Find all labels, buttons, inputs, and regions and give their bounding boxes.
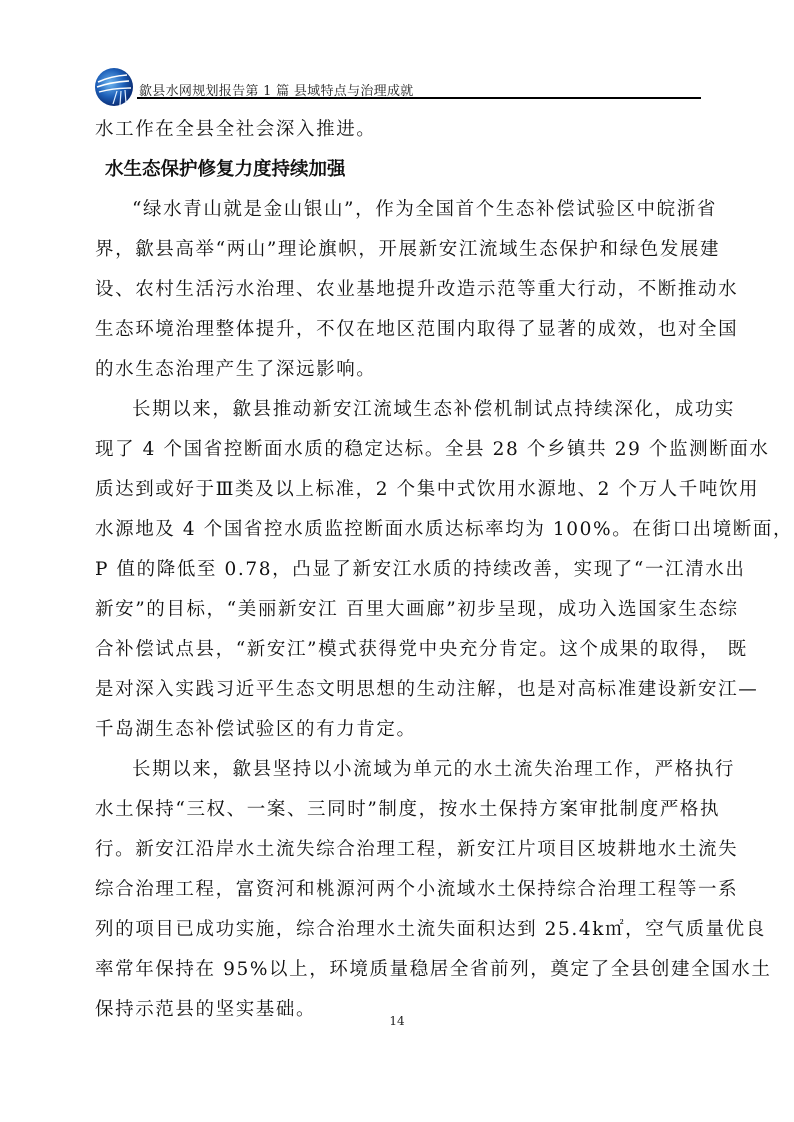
paragraph-line: 水源地及 4 个国省控水质监控断面水质达标率均为 100%。在街口出境断面， [95, 510, 703, 550]
paragraph-line: “绿水青山就是金山银山”，作为全国首个生态补偿试验区中皖浙省 [95, 190, 703, 230]
section-heading: 水生态保护修复力度持续加强 [95, 150, 703, 190]
paragraph-line: 行。新安江沿岸水土流失综合治理工程，新安江片项目区坡耕地水土流失 [95, 830, 703, 870]
paragraph-line: 水工作在全县全社会深入推进。 [95, 110, 703, 150]
paragraph-line: 水土保持“三权、一案、三同时”制度，按水土保持方案审批制度严格执 [95, 790, 703, 830]
paragraph-line: 的水生态治理产生了深远影响。 [95, 350, 703, 390]
water-network-logo-icon [93, 66, 135, 108]
paragraph-line: 质达到或好于Ⅲ类及以上标准，2 个集中式饮用水源地、2 个万人千吨饮用 [95, 470, 703, 510]
paragraph-line: 综合治理工程，富资河和桃源河两个小流域水土保持综合治理工程等一系 [95, 870, 703, 910]
page-header: 歙县水网规划报告第 1 篇 县域特点与治理成就 [93, 66, 701, 108]
paragraph-line: P 值的降低至 0.78，凸显了新安江水质的持续改善，实现了“一江清水出 [95, 550, 703, 590]
paragraph-line: 长期以来，歙县坚持以小流域为单元的水土流失治理工作，严格执行 [95, 750, 703, 790]
paragraph-line: 列的项目已成功实施，综合治理水土流失面积达到 25.4k㎡，空气质量优良 [95, 910, 703, 950]
paragraph-line: 新安”的目标，“美丽新安江 百里大画廊”初步呈现，成功入选国家生态综 [95, 590, 703, 630]
paragraph-line: 合补偿试点县，“新安江”模式获得党中央充分肯定。这个成果的取得， 既 [95, 630, 703, 670]
paragraph-line: 长期以来，歙县推动新安江流域生态补偿机制试点持续深化，成功实 [95, 390, 703, 430]
paragraph-line: 是对深入实践习近平生态文明思想的生动注解，也是对高标准建设新安江— [95, 670, 703, 710]
document-body: 水工作在全县全社会深入推进。 水生态保护修复力度持续加强 “绿水青山就是金山银山… [95, 110, 703, 1030]
paragraph-line: 率常年保持在 95%以上，环境质量稳居全省前列，奠定了全县创建全国水土 [95, 950, 703, 990]
paragraph-line: 千岛湖生态补偿试验区的有力肯定。 [95, 710, 703, 750]
paragraph-line: 界，歙县高举“两山”理论旗帜，开展新安江流域生态保护和绿色发展建 [95, 230, 703, 270]
page-number: 14 [0, 1014, 794, 1028]
paragraph-line: 设、农村生活污水治理、农业基地提升改造示范等重大行动，不断推动水 [95, 270, 703, 310]
paragraph-line: 生态环境治理整体提升，不仅在地区范围内取得了显著的成效，也对全国 [95, 310, 703, 350]
paragraph-line: 现了 4 个国省控断面水质的稳定达标。全县 28 个乡镇共 29 个监测断面水 [95, 430, 703, 470]
header-divider [137, 97, 701, 99]
